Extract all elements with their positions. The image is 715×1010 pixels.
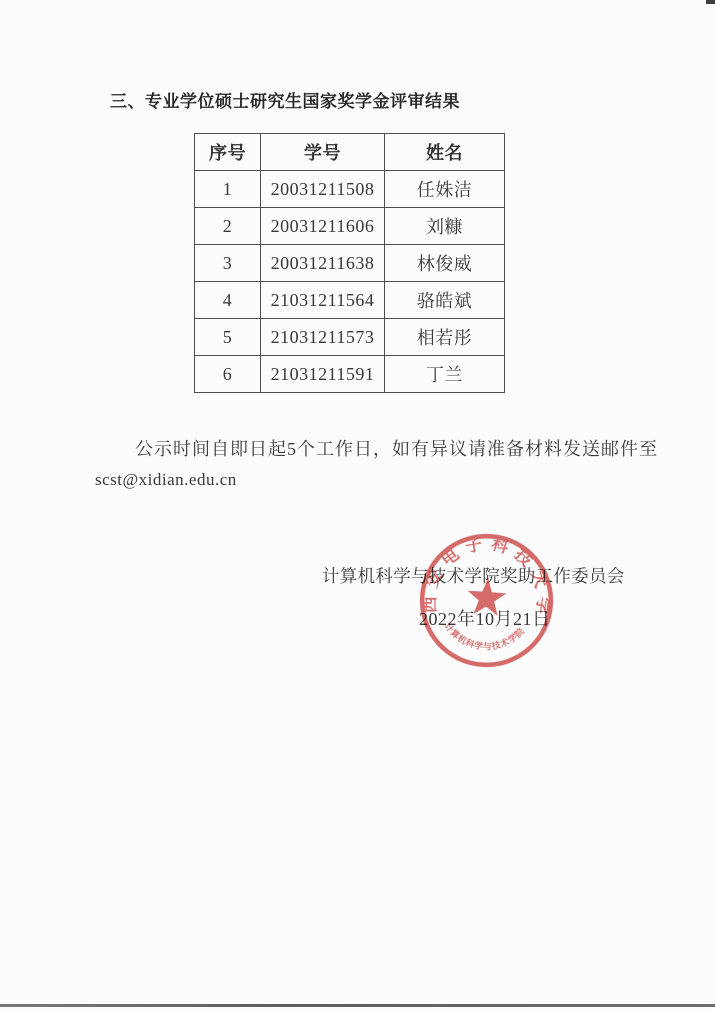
table-row: 4 21031211564 骆皓斌 [195, 282, 505, 319]
student-id-cell: 20031211606 [261, 208, 385, 245]
star-icon [466, 577, 507, 617]
name-cell: 骆皓斌 [385, 282, 505, 319]
scan-artifact-bottom-edge [0, 1004, 715, 1007]
name-cell: 林俊威 [385, 245, 505, 282]
scan-artifact-corner [706, 0, 715, 4]
name-cell: 刘糠 [385, 208, 505, 245]
header-serial: 序号 [195, 134, 261, 171]
section-heading: 三、专业学位硕士研究生国家奖学金评审结果 [110, 87, 460, 112]
serial-cell: 2 [195, 208, 261, 245]
scanned-document-page: 三、专业学位硕士研究生国家奖学金评审结果 序号 学号 姓名 1 20031211… [0, 0, 715, 1010]
table-row: 1 20031211508 任姝洁 [195, 171, 505, 208]
table-row: 3 20031211638 林俊威 [195, 245, 505, 282]
table-row: 5 21031211573 相若彤 [195, 319, 505, 356]
student-id-cell: 20031211638 [261, 245, 385, 282]
student-id-cell: 21031211564 [261, 282, 385, 319]
header-student-id: 学号 [261, 134, 385, 171]
student-id-cell: 21031211573 [261, 319, 385, 356]
student-id-cell: 20031211508 [261, 171, 385, 208]
serial-cell: 5 [195, 319, 261, 356]
seal-department-text: 计算机科学与技术学院 [441, 620, 527, 655]
serial-cell: 4 [195, 282, 261, 319]
name-cell: 相若彤 [385, 319, 505, 356]
table-row: 6 21031211591 丁兰 [195, 356, 505, 393]
header-name: 姓名 [385, 134, 505, 171]
student-id-cell: 21031211591 [261, 356, 385, 393]
serial-cell: 6 [195, 356, 261, 393]
table-row: 2 20031211606 刘糠 [195, 208, 505, 245]
serial-cell: 3 [195, 245, 261, 282]
serial-cell: 1 [195, 171, 261, 208]
contact-email: scst@xidian.edu.cn [95, 470, 237, 490]
table-header-row: 序号 学号 姓名 [195, 134, 505, 171]
results-table: 序号 学号 姓名 1 20031211508 任姝洁 2 20031211606… [194, 133, 505, 393]
name-cell: 丁兰 [385, 356, 505, 393]
publicity-notice-text: 公示时间自即日起5个工作日，如有异议请准备材料发送邮件至 [95, 435, 625, 461]
official-seal: 西安电子科技大学 计算机科学与技术学院 [410, 524, 563, 677]
name-cell: 任姝洁 [385, 171, 505, 208]
